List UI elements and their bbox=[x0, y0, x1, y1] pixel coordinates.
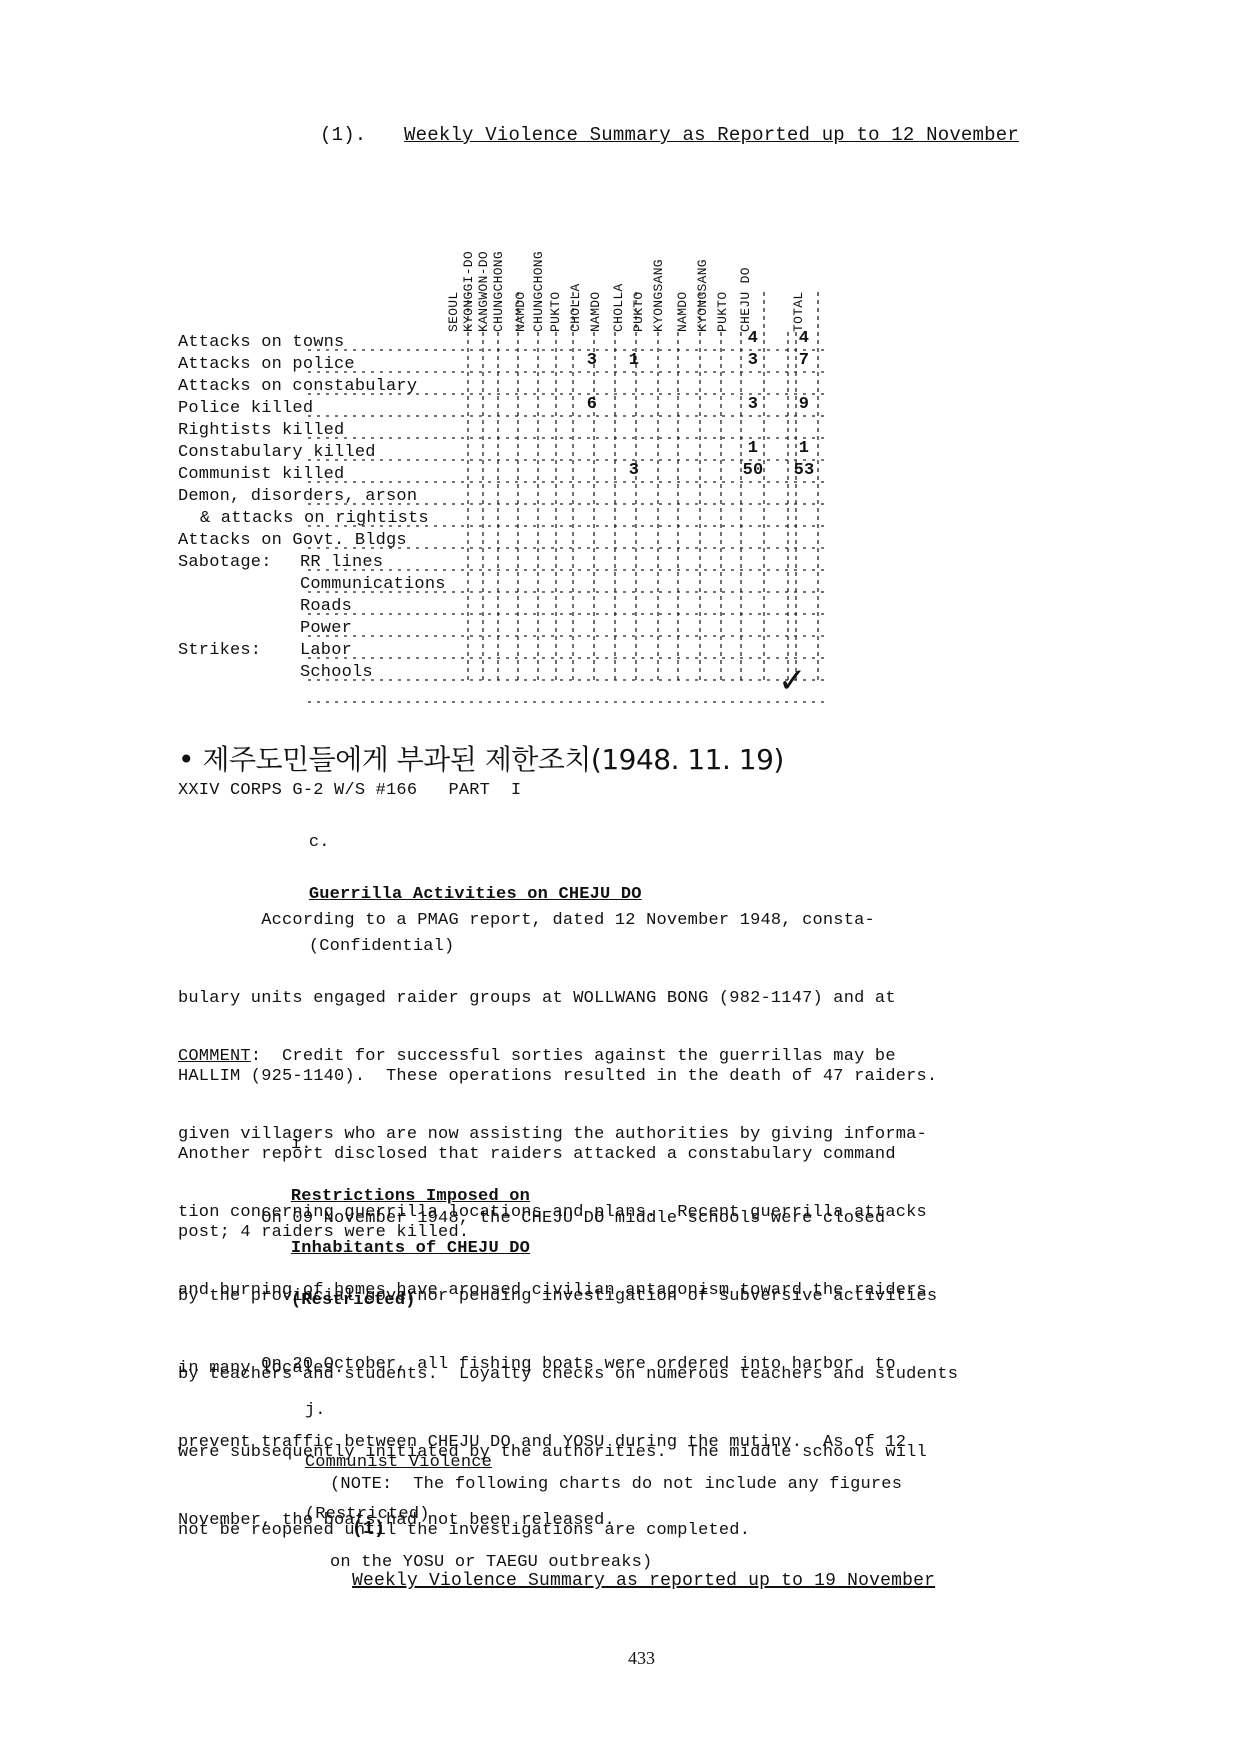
weekly-summary-title-19-nov: (1) Weekly Violence Summary as reported … bbox=[330, 1490, 1230, 1594]
row-label: Demon, disorders, arson bbox=[178, 486, 417, 508]
checkmark-mark: ✓ bbox=[778, 668, 807, 694]
row-label: Sabotage:RR lines bbox=[178, 552, 272, 574]
row-label: Communications bbox=[300, 574, 446, 596]
row-label: Communist killed bbox=[178, 464, 344, 486]
title-number: (1). bbox=[320, 124, 366, 146]
table-cell-value: 53 bbox=[792, 460, 816, 482]
column-header-label: TOTAL bbox=[786, 291, 812, 332]
table-cell-value: 3 bbox=[741, 394, 765, 416]
comment-label: COMMENT bbox=[178, 1047, 251, 1066]
column-header bbox=[768, 172, 784, 332]
korean-heading: • 제주도민들에게 부과된 제한조치(1948. 11. 19) bbox=[178, 738, 784, 778]
table-cell-value: 1 bbox=[741, 438, 765, 460]
row-label: Constabulary killed bbox=[178, 442, 376, 464]
page-number: 433 bbox=[628, 1648, 655, 1669]
weekly-summary-title-12-nov: (1). Weekly Violence Summary as Reported… bbox=[320, 122, 1019, 148]
section-i-marker: i. bbox=[291, 1135, 312, 1154]
section-j-marker: j. bbox=[305, 1401, 326, 1420]
table-cell-value: 6 bbox=[580, 394, 604, 416]
table-cell-value: 1 bbox=[792, 438, 816, 460]
column-header: TOTAL bbox=[798, 172, 814, 332]
table-cell-value: 3 bbox=[580, 350, 604, 372]
report-header-line: XXIV CORPS G-2 W/S #166 PART I bbox=[178, 778, 1078, 804]
table-cell-value: 1 bbox=[622, 350, 646, 372]
table-cell-value: 4 bbox=[741, 328, 765, 350]
title-text: Weekly Violence Summary as Reported up t… bbox=[404, 124, 1019, 146]
table-cell-value: 50 bbox=[741, 460, 765, 482]
column-headers: SEOULKYONGGI-DOKANGWON-DOCHUNGCHONGNAMDO… bbox=[178, 170, 948, 332]
row-label: Strikes:Labor bbox=[178, 640, 261, 662]
table-cell-value: 7 bbox=[792, 350, 816, 372]
title-text: Weekly Violence Summary as reported up t… bbox=[352, 1571, 935, 1591]
title-number: (1) bbox=[352, 1519, 385, 1539]
row-label: Attacks on constabulary bbox=[178, 376, 417, 398]
text-line: On 09 November 1948, the CHEJU DO middle… bbox=[178, 1206, 1078, 1232]
row-label: Schools bbox=[300, 662, 373, 684]
section-c-marker: c. bbox=[309, 833, 330, 852]
table-cell-value: 4 bbox=[792, 328, 816, 350]
text-line: According to a PMAG report, dated 12 Nov… bbox=[178, 908, 1078, 934]
row-label: Attacks on towns bbox=[178, 332, 344, 354]
row-label: Police killed bbox=[178, 398, 313, 420]
column-header: CHEJU DO bbox=[745, 172, 761, 332]
table-cell-value: 3 bbox=[741, 350, 765, 372]
row-label: & attacks on rightists bbox=[200, 508, 429, 530]
row-label: Power bbox=[300, 618, 352, 640]
row-label: Rightists killed bbox=[178, 420, 344, 442]
violence-summary-table: SEOULKYONGGI-DOKANGWON-DOCHUNGCHONGNAMDO… bbox=[178, 170, 948, 715]
row-label: Roads bbox=[300, 596, 352, 618]
text-line: : Credit for successful sorties against … bbox=[251, 1047, 896, 1066]
table-cell-value: 3 bbox=[622, 460, 646, 482]
column-header-label: KYONGSANG bbox=[646, 259, 672, 332]
row-label: Attacks on police bbox=[178, 354, 355, 376]
column-header-label: CHEJU DO bbox=[733, 267, 759, 332]
table-cell-value: 9 bbox=[792, 394, 816, 416]
row-label: Attacks on Govt. Bldgs bbox=[178, 530, 407, 552]
